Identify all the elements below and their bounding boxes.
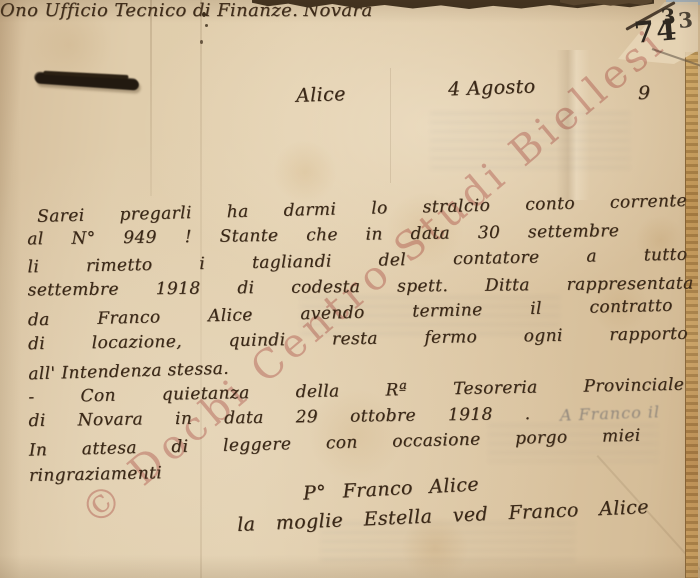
letter-scan: 74 3 3 © Docbi Centro Studi Biellesi Ali… — [0, 0, 700, 578]
letter-year-digit: 9 — [638, 82, 651, 104]
ink-speck — [202, 12, 206, 17]
ink-redaction-smear — [35, 72, 140, 90]
letter-date: 4 Agosto — [448, 75, 536, 100]
paper-crease — [390, 68, 391, 183]
signature-line: la moglie Estella ved Franco Alice — [237, 496, 650, 536]
ink-speck — [205, 24, 208, 27]
pencil-annotation: A Franco il — [560, 402, 661, 424]
letter-place: Alice — [296, 83, 347, 107]
letter-body: Sarei pregarli ha darmi lo stralcio cont… — [27, 194, 697, 485]
paper-crease — [150, 0, 152, 196]
ink-speck — [200, 40, 203, 44]
letter-recipient: Ono Ufficio Tecnico di Finanze. — [0, 0, 298, 21]
